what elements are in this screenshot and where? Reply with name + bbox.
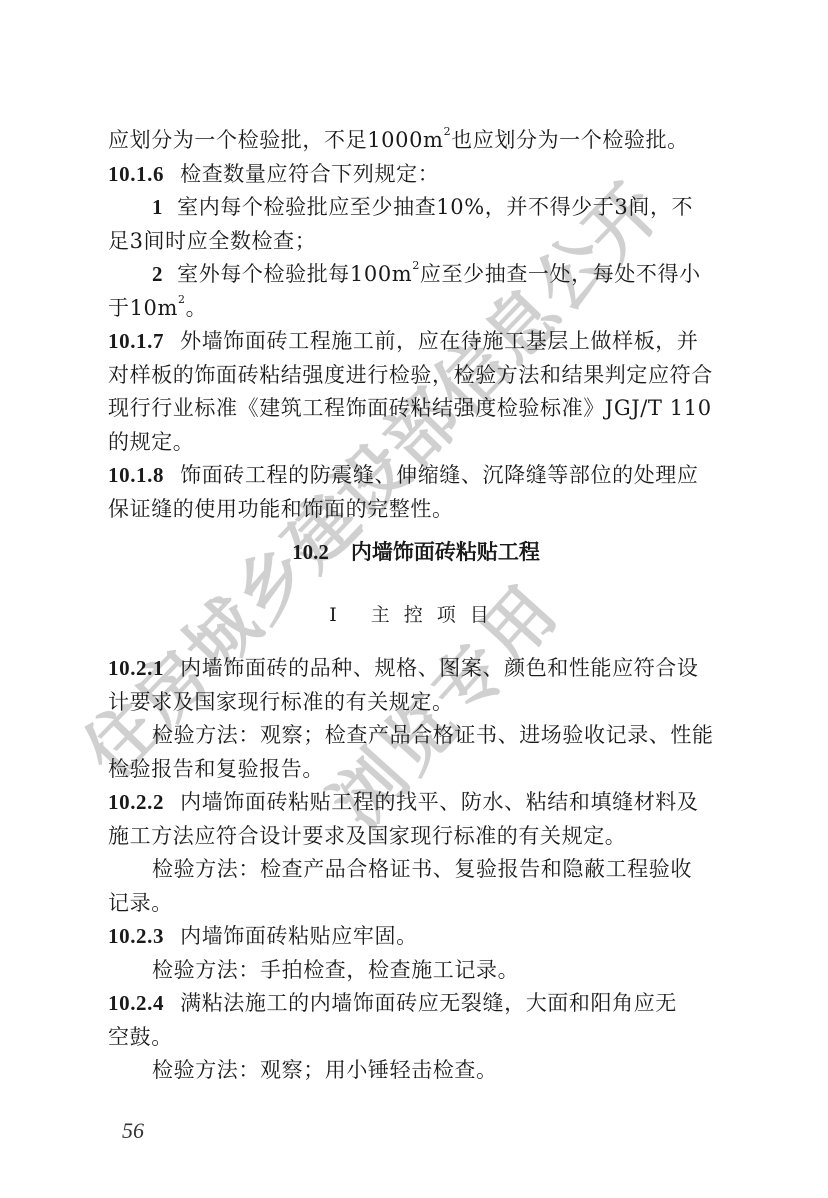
list-item-1-cont: 足3间时应全数检查； <box>108 225 724 259</box>
item-text: 于10m <box>108 296 178 320</box>
clause-text-line: 的规定。 <box>108 426 724 460</box>
list-item-2: 2室外每个检验批每100m2应至少抽查一处，每处不得小 <box>108 258 724 292</box>
clause-10-1-6: 10.1.6检查数量应符合下列规定： <box>108 158 724 192</box>
clause-10-1-8: 10.1.8饰面砖工程的防震缝、伸缩缝、沉降缝等部位的处理应 <box>108 459 724 493</box>
page-number: 56 <box>122 1118 144 1144</box>
item-text: 室外每个检验批每100m <box>177 262 412 286</box>
list-item-2-cont: 于10m2。 <box>108 292 724 326</box>
section-number: 10.2 <box>292 540 329 564</box>
text-segment: 也应划分为一个检验批。 <box>451 128 689 152</box>
clause-number: 10.1.8 <box>108 463 164 487</box>
superscript: 2 <box>178 293 186 306</box>
inspection-method-cont: 记录。 <box>108 887 724 921</box>
clause-text-line: 现行行业标准《建筑工程饰面砖粘结强度检验标准》JGJ/T 110 <box>108 392 724 426</box>
item-text: 足3间时应全数检查； <box>108 229 316 253</box>
clause-text: 内墙饰面砖粘贴应牢固。 <box>180 924 418 948</box>
inspection-method: 检验方法：观察；检查产品合格证书、进场验收记录、性能 <box>108 719 724 753</box>
superscript: 2 <box>412 259 420 272</box>
clause-10-2-2: 10.2.2内墙饰面砖粘贴工程的找平、防水、粘结和填缝材料及 <box>108 786 724 820</box>
inspection-method: 检验方法：观察；用小锤轻击检查。 <box>108 1054 724 1088</box>
text-segment: 应划分为一个检验批，不足1000m <box>108 128 444 152</box>
list-item-1: 1室内每个检验批应至少抽查10%，并不得少于3间，不 <box>108 191 724 225</box>
clause-text-line: 施工方法应符合设计要求及国家现行标准的有关规定。 <box>108 820 724 854</box>
section-title: 内墙饰面砖粘贴工程 <box>351 540 540 564</box>
clause-10-2-1: 10.2.1内墙饰面砖的品种、规格、图案、颜色和性能应符合设 <box>108 652 724 686</box>
item-text: 应至少抽查一处，每处不得小 <box>420 262 701 286</box>
clause-text: 外墙饰面砖工程施工前，应在待施工基层上做样板，并 <box>180 329 698 353</box>
clause-text-line: 计要求及国家现行标准的有关规定。 <box>108 686 724 720</box>
continuation-line: 应划分为一个检验批，不足1000m2也应划分为一个检验批。 <box>108 124 724 158</box>
subsection-heading: Ⅰ 主控项目 <box>108 599 724 632</box>
clause-number: 10.1.7 <box>108 329 164 353</box>
clause-text-line: 对样板的饰面砖粘结强度进行检验，检验方法和结果判定应符合 <box>108 359 724 393</box>
clause-10-1-7: 10.1.7外墙饰面砖工程施工前，应在待施工基层上做样板，并 <box>108 325 724 359</box>
clause-text: 内墙饰面砖粘贴工程的找平、防水、粘结和填缝材料及 <box>180 790 698 814</box>
superscript: 2 <box>444 125 452 138</box>
inspection-method: 检验方法：手拍检查，检查施工记录。 <box>108 954 724 988</box>
clause-number: 10.2.3 <box>108 924 164 948</box>
clause-text-line: 空鼓。 <box>108 1021 724 1055</box>
item-text: 。 <box>186 296 208 320</box>
section-heading: 10.2内墙饰面砖粘贴工程 <box>108 536 724 569</box>
clause-text: 满粘法施工的内墙饰面砖应无裂缝，大面和阳角应无 <box>180 991 677 1015</box>
clause-10-2-3: 10.2.3内墙饰面砖粘贴应牢固。 <box>108 920 724 954</box>
document-page: 应划分为一个检验批，不足1000m2也应划分为一个检验批。 10.1.6检查数量… <box>108 124 724 1088</box>
item-text: 室内每个检验批应至少抽查10%，并不得少于3间，不 <box>177 195 693 219</box>
inspection-method-cont: 检验报告和复验报告。 <box>108 753 724 787</box>
clause-number: 10.1.6 <box>108 162 164 186</box>
clause-text: 检查数量应符合下列规定： <box>180 162 439 186</box>
item-number: 1 <box>152 195 163 219</box>
clause-text-line: 保证缝的使用功能和饰面的完整性。 <box>108 493 724 527</box>
clause-text: 饰面砖工程的防震缝、伸缩缝、沉降缝等部位的处理应 <box>180 463 698 487</box>
item-number: 2 <box>152 262 163 286</box>
clause-10-2-4: 10.2.4满粘法施工的内墙饰面砖应无裂缝，大面和阳角应无 <box>108 987 724 1021</box>
clause-number: 10.2.1 <box>108 656 164 680</box>
clause-number: 10.2.2 <box>108 790 164 814</box>
clause-text: 内墙饰面砖的品种、规格、图案、颜色和性能应符合设 <box>180 656 698 680</box>
clause-number: 10.2.4 <box>108 991 164 1015</box>
inspection-method: 检验方法：检查产品合格证书、复验报告和隐蔽工程验收 <box>108 853 724 887</box>
